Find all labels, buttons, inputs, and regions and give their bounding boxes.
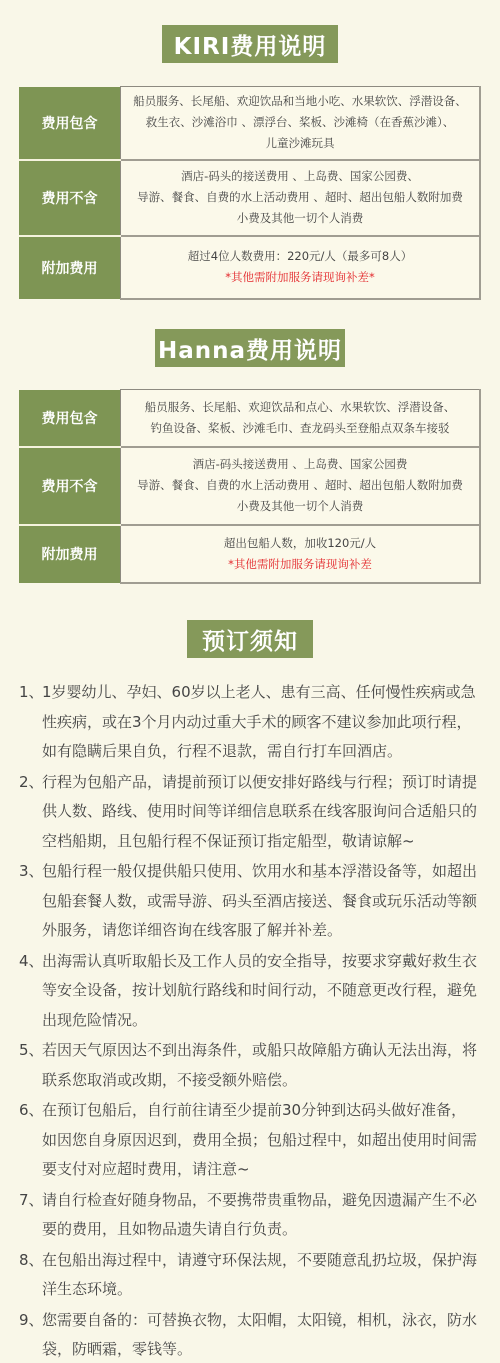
content-line: 船员服务、长尾船、欢迎饮品和当地小吃、水果软饮、浮潜设备、 xyxy=(121,91,479,112)
content-line: 超出包船人数，加收120元/人 xyxy=(121,533,479,554)
list-item: 6、在预订包船后，自行前往请至少提前30分钟到达码头做好准备，如因您自身原因迟到… xyxy=(19,1096,481,1185)
row-content: 船员服务、长尾船、欢迎饮品和点心、水果软饮、浮潜设备、 钓鱼设备、桨板、沙滩毛巾… xyxy=(121,390,481,447)
row-content: 酒店-码头接送费用 、上岛费、国家公园费 导游、餐食、自费的水上活动费用 、超时… xyxy=(121,447,481,525)
table-row: 费用包含 船员服务、长尾船、欢迎饮品和当地小吃、水果软饮、浮潜设备、 救生衣、沙… xyxy=(19,87,480,160)
table-row: 附加费用 超出包船人数，加收120元/人 *其他需附加服务请现询补差 xyxy=(19,525,480,583)
item-text: 在包船出海过程中，请遵守环保法规，不要随意乱扔垃圾，保护海洋生态环境。 xyxy=(42,1246,481,1305)
item-number: 3、 xyxy=(19,857,42,946)
row-label: 费用不含 xyxy=(19,447,121,525)
item-number: 9、 xyxy=(19,1306,42,1363)
row-label: 费用包含 xyxy=(19,87,121,160)
content-line: 儿童沙滩玩具 xyxy=(121,133,479,154)
warning-note: *其他需附加服务请现询补差* xyxy=(121,267,479,288)
list-item: 9、您需要自备的：可替换衣物，太阳帽，太阳镜，相机，泳衣，防水袋，防晒霜，零钱等… xyxy=(19,1306,481,1363)
content-line: 小费及其他一切个人消费 xyxy=(121,496,479,517)
list-item: 5、若因天气原因达不到出海条件，或船只故障船方确认无法出海，将联系您取消或改期，… xyxy=(19,1036,481,1095)
booking-notes-title: 预订须知 xyxy=(187,620,313,658)
list-item: 2、行程为包船产品，请提前预订以便安排好路线与行程；预订时请提供人数、路线、使用… xyxy=(19,768,481,857)
item-number: 5、 xyxy=(19,1036,42,1095)
row-content: 超过4位人数费用：220元/人（最多可8人） *其他需附加服务请现询补差* xyxy=(121,236,481,299)
row-label: 附加费用 xyxy=(19,525,121,583)
content-line: 救生衣、沙滩浴巾 、漂浮台、桨板、沙滩椅（在香蕉沙滩）、 xyxy=(121,112,479,133)
table-row: 附加费用 超过4位人数费用：220元/人（最多可8人） *其他需附加服务请现询补… xyxy=(19,236,480,299)
table-row: 费用包含 船员服务、长尾船、欢迎饮品和点心、水果软饮、浮潜设备、 钓鱼设备、桨板… xyxy=(19,390,480,447)
item-text: 若因天气原因达不到出海条件，或船只故障船方确认无法出海，将联系您取消或改期，不接… xyxy=(42,1036,481,1095)
hanna-fee-table: 费用包含 船员服务、长尾船、欢迎饮品和点心、水果软饮、浮潜设备、 钓鱼设备、桨板… xyxy=(19,389,481,584)
content-line: 钓鱼设备、桨板、沙滩毛巾、查龙码头至登船点双条车接驳 xyxy=(121,418,479,439)
item-text: 1岁婴幼儿、孕妇、60岁以上老人、患有三高、任何慢性疾病或急性疾病，或在3个月内… xyxy=(42,678,481,767)
row-label: 费用包含 xyxy=(19,390,121,447)
item-text: 您需要自备的：可替换衣物，太阳帽，太阳镜，相机，泳衣，防水袋，防晒霜，零钱等。 xyxy=(42,1306,481,1363)
row-label: 附加费用 xyxy=(19,236,121,299)
content-line: 小费及其他一切个人消费 xyxy=(121,208,479,229)
list-item: 7、请自行检查好随身物品，不要携带贵重物品，避免因遗漏产生不必要的费用，且如物品… xyxy=(19,1186,481,1245)
item-number: 8、 xyxy=(19,1246,42,1305)
table-row: 费用不含 酒店-码头接送费用 、上岛费、国家公园费 导游、餐食、自费的水上活动费… xyxy=(19,447,480,525)
row-content: 酒店-码头的接送费用 、上岛费、国家公园费、 导游、餐食、自费的水上活动费用 、… xyxy=(121,160,481,236)
item-number: 1、 xyxy=(19,678,42,767)
item-text: 包船行程一般仅提供船只使用、饮用水和基本浮潜设备等，如超出包船套餐人数，或需导游… xyxy=(42,857,481,946)
booking-notes-list: 1、1岁婴幼儿、孕妇、60岁以上老人、患有三高、任何慢性疾病或急性疾病，或在3个… xyxy=(19,678,481,1363)
row-content: 超出包船人数，加收120元/人 *其他需附加服务请现询补差 xyxy=(121,525,481,583)
content-line: 导游、餐食、自费的水上活动费用 、超时、超出包船人数附加费 xyxy=(121,475,479,496)
list-item: 8、在包船出海过程中，请遵守环保法规，不要随意乱扔垃圾，保护海洋生态环境。 xyxy=(19,1246,481,1305)
item-text: 出海需认真听取船长及工作人员的安全指导，按要求穿戴好救生衣等安全设备，按计划航行… xyxy=(42,947,481,1036)
table-row: 费用不含 酒店-码头的接送费用 、上岛费、国家公园费、 导游、餐食、自费的水上活… xyxy=(19,160,480,236)
list-item: 1、1岁婴幼儿、孕妇、60岁以上老人、患有三高、任何慢性疾病或急性疾病，或在3个… xyxy=(19,678,481,767)
warning-note: *其他需附加服务请现询补差 xyxy=(121,554,479,575)
content-line: 酒店-码头接送费用 、上岛费、国家公园费 xyxy=(121,454,479,475)
item-number: 4、 xyxy=(19,947,42,1036)
hanna-fee-title: Hanna费用说明 xyxy=(155,329,345,367)
item-text: 在预订包船后，自行前往请至少提前30分钟到达码头做好准备，如因您自身原因迟到，费… xyxy=(42,1096,481,1185)
kiri-fee-title: KIRI费用说明 xyxy=(162,25,338,63)
item-text: 行程为包船产品，请提前预订以便安排好路线与行程；预订时请提供人数、路线、使用时间… xyxy=(42,768,481,857)
list-item: 3、包船行程一般仅提供船只使用、饮用水和基本浮潜设备等，如超出包船套餐人数，或需… xyxy=(19,857,481,946)
row-content: 船员服务、长尾船、欢迎饮品和当地小吃、水果软饮、浮潜设备、 救生衣、沙滩浴巾 、… xyxy=(121,87,481,160)
item-number: 7、 xyxy=(19,1186,42,1245)
content-line: 导游、餐食、自费的水上活动费用 、超时、超出包船人数附加费 xyxy=(121,187,479,208)
content-line: 船员服务、长尾船、欢迎饮品和点心、水果软饮、浮潜设备、 xyxy=(121,397,479,418)
content-line: 超过4位人数费用：220元/人（最多可8人） xyxy=(121,246,479,267)
content-line: 酒店-码头的接送费用 、上岛费、国家公园费、 xyxy=(121,166,479,187)
row-label: 费用不含 xyxy=(19,160,121,236)
item-number: 2、 xyxy=(19,768,42,857)
item-number: 6、 xyxy=(19,1096,42,1185)
list-item: 4、出海需认真听取船长及工作人员的安全指导，按要求穿戴好救生衣等安全设备，按计划… xyxy=(19,947,481,1036)
item-text: 请自行检查好随身物品，不要携带贵重物品，避免因遗漏产生不必要的费用，且如物品遗失… xyxy=(42,1186,481,1245)
kiri-fee-table: 费用包含 船员服务、长尾船、欢迎饮品和当地小吃、水果软饮、浮潜设备、 救生衣、沙… xyxy=(19,86,481,300)
